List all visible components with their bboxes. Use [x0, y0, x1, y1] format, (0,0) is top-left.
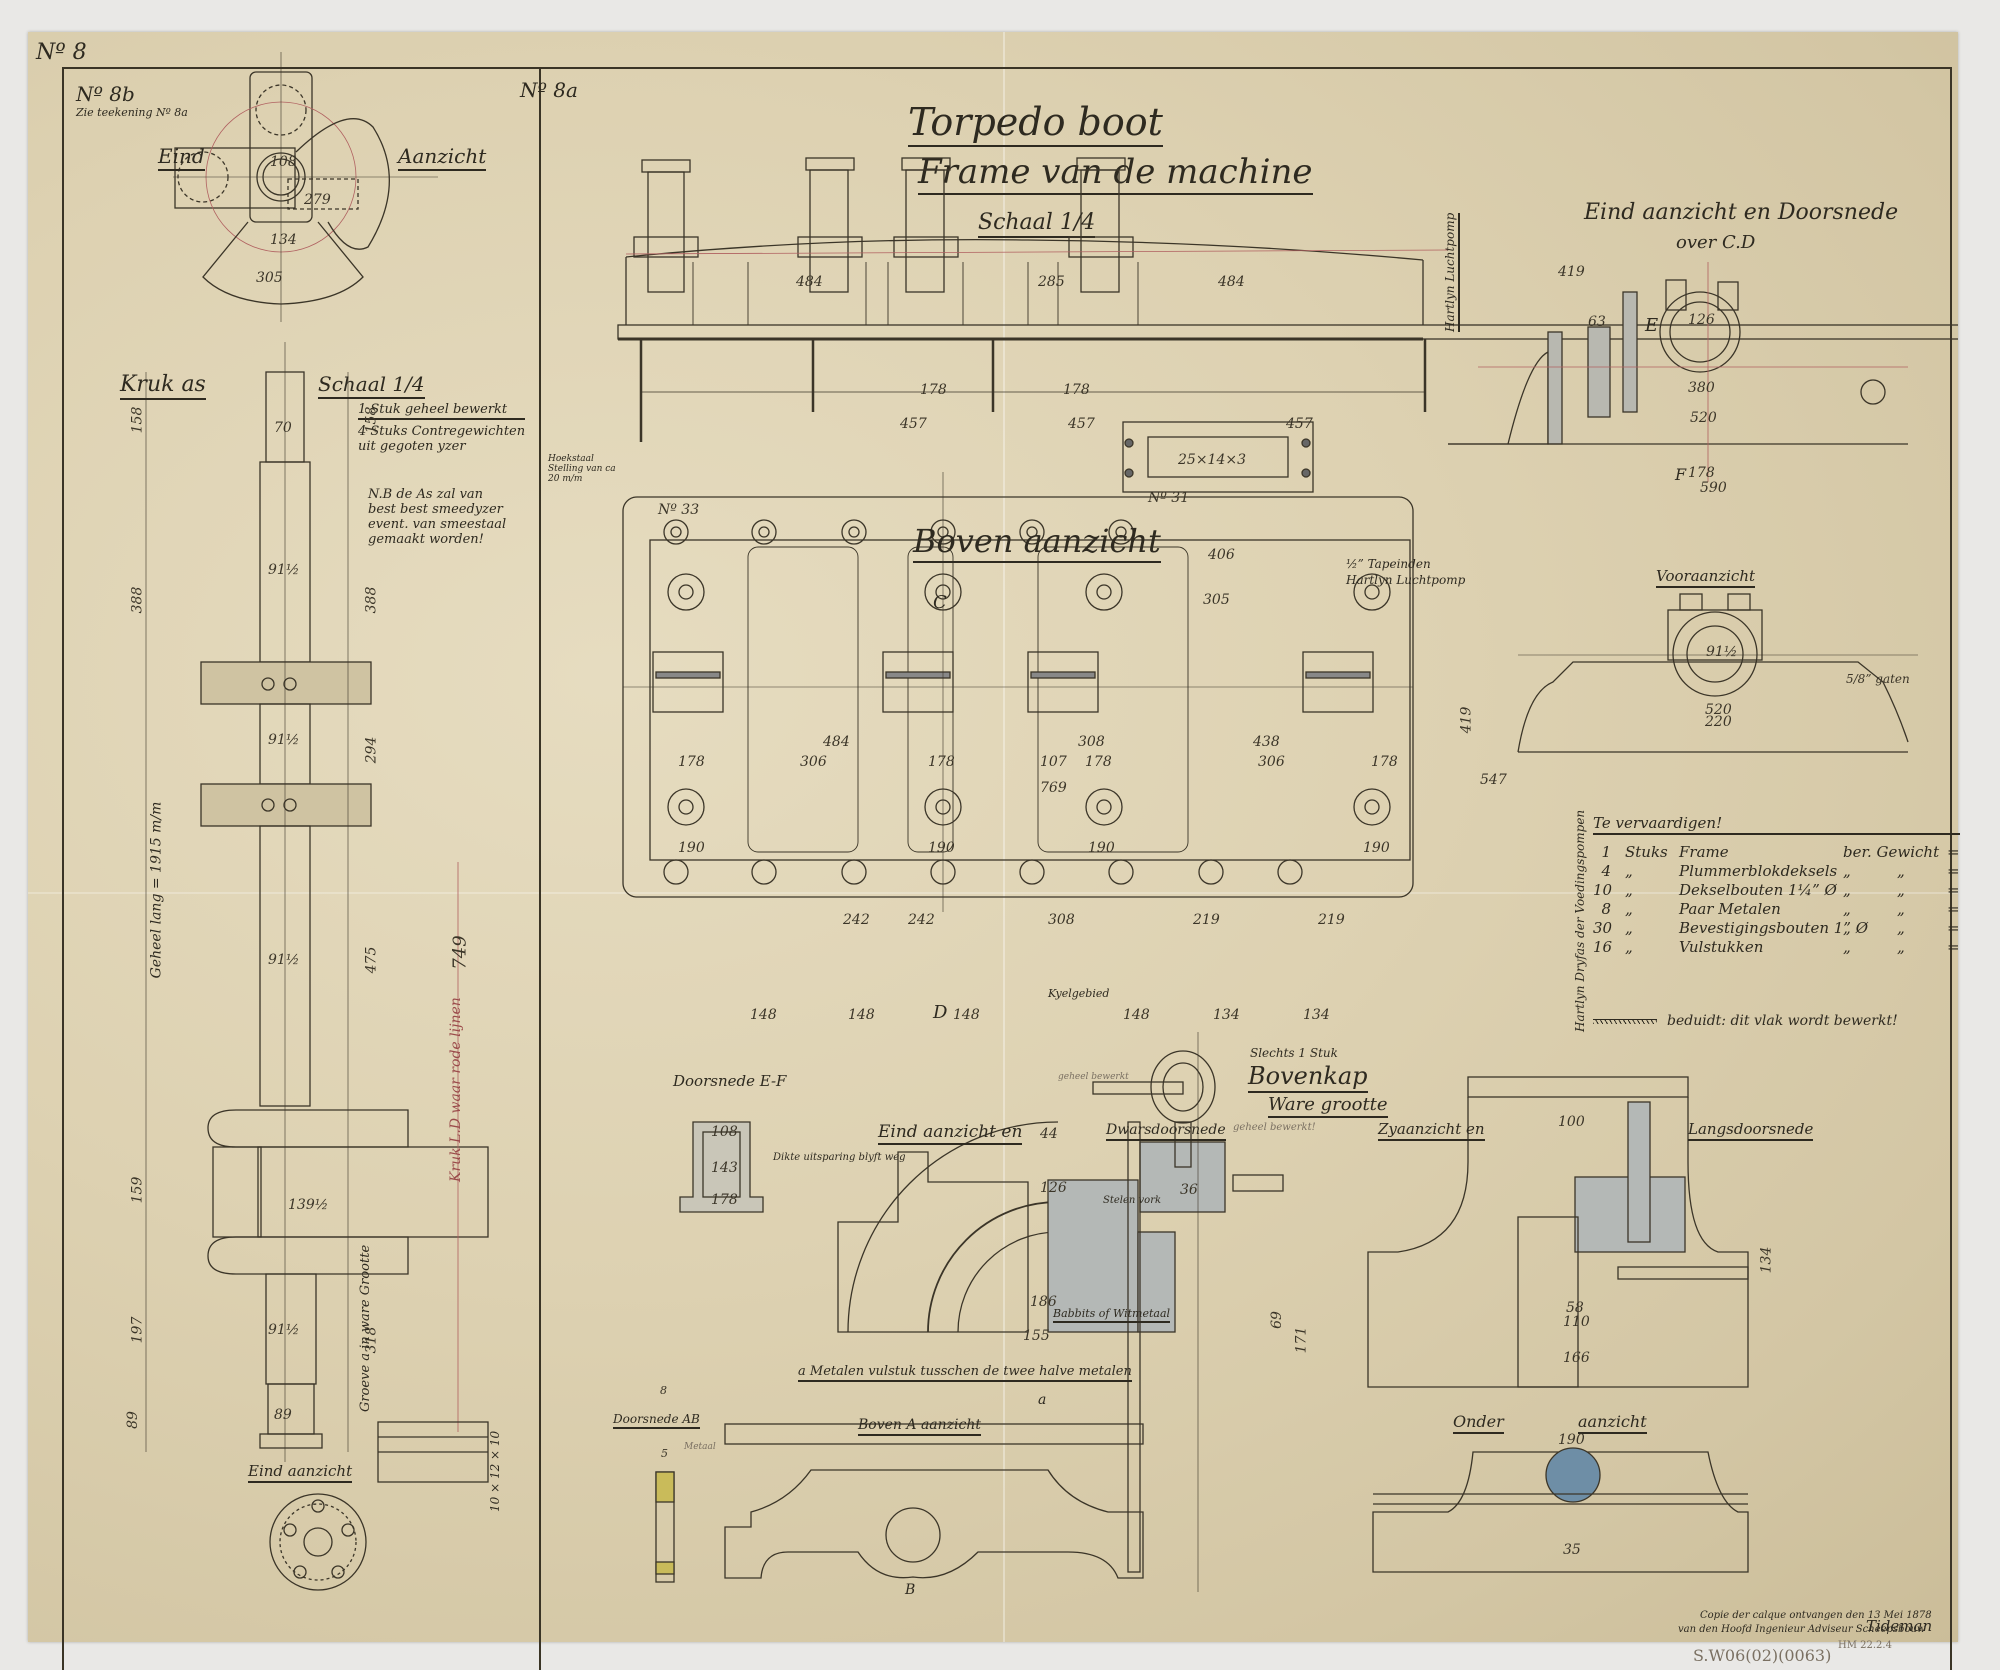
ditto: „	[1897, 862, 1933, 881]
qty: 8	[1593, 900, 1611, 919]
end-section-subtitle: over C.D	[1676, 232, 1755, 253]
section-ef-note: Dikte uitsparing blyft weg	[773, 1152, 906, 1163]
dim: 139½	[288, 1197, 328, 1213]
metal-strip-note: a Metalen vulstuk tusschen de twee halve…	[798, 1364, 1132, 1382]
dim: 148	[848, 1007, 875, 1023]
item: Vulstukken	[1679, 938, 1829, 957]
qty: 1	[1593, 843, 1611, 862]
dim: 91½	[1706, 644, 1737, 660]
bovenkap-count-note: Slechts 1 Stuk	[1250, 1046, 1338, 1060]
pump-label-2: Hartlyn Luchtpomp	[1346, 573, 1465, 587]
nb-line: best best smeedyzer	[368, 502, 506, 517]
ditto: „	[1897, 938, 1933, 957]
dim: 110	[1563, 1314, 1590, 1330]
ditto: „	[1843, 881, 1883, 900]
bearing-width: 190	[1363, 840, 1390, 856]
dim: 380	[1688, 380, 1715, 396]
red-line-note: Kruk L.D waar rode lijnen	[448, 997, 464, 1182]
dim: 148	[953, 1007, 980, 1023]
dim: 126	[1688, 312, 1715, 328]
ditto: „	[1843, 938, 1883, 957]
end-section-vertical-label: Hartlyn Luchtpomp	[1443, 213, 1460, 332]
section-ab-note: Metaal	[684, 1442, 716, 1452]
parts-row: 1 Stuks Frame ber. Gewicht =	[1593, 843, 1960, 862]
dim: 89	[125, 1411, 141, 1429]
section-marker-d: D	[933, 1002, 947, 1023]
dim: 44	[1040, 1126, 1058, 1142]
dim: 219	[1318, 912, 1345, 928]
bovenkap-section-label: Dwarsdoorsnede	[1106, 1122, 1226, 1141]
dim: 285	[1038, 274, 1065, 290]
dim: 107	[1040, 754, 1067, 770]
end-section-title: Eind aanzicht en Doorsnede	[1584, 200, 1898, 225]
bovenkap-subtitle: Ware grootte	[1268, 1094, 1388, 1118]
section-marker-f: F	[1675, 465, 1686, 484]
dim: 100	[1558, 1114, 1585, 1130]
note-label: Kyelgebied	[1048, 987, 1109, 1000]
crankshaft-scale: Schaal 1/4	[318, 372, 425, 399]
unit: Stuks	[1625, 843, 1665, 862]
dim: 406	[1208, 547, 1235, 563]
archive-reference-secondary: HM 22.2.4	[1838, 1640, 1892, 1651]
qty: 30	[1593, 919, 1611, 938]
nb-line: gemaakt worden!	[368, 532, 506, 547]
dim: 457	[900, 416, 927, 432]
section-marker-c: C	[933, 592, 947, 613]
dim: 69	[1269, 1311, 1285, 1329]
total-length-note: Geheel lang = 1915 m/m	[148, 802, 164, 979]
dim: 70	[274, 420, 292, 436]
parts-row: 4 „ Plummerblokdeksels „ „ =	[1593, 862, 1960, 881]
section-ab-title: Doorsnede AB	[613, 1412, 700, 1429]
dim: 134	[1213, 1007, 1240, 1023]
hatch-legend: beduidt: dit vlak wordt bewerkt!	[1593, 1013, 1960, 1029]
top-view-title: Boven aanzicht	[913, 522, 1161, 563]
qty: 16	[1593, 938, 1611, 957]
bracket-size-label: 25×14×3	[1178, 452, 1246, 468]
dim: 220	[1705, 714, 1732, 730]
dim: 178	[678, 754, 705, 770]
top-a-view-label: Boven A aanzicht	[858, 1417, 981, 1436]
dim: 197	[129, 1317, 145, 1344]
dim: 126	[1040, 1180, 1067, 1196]
crankshaft-notes: 1 Stuk geheel bewerkt 4 Stuks Contregewi…	[358, 402, 525, 454]
dim: 475	[363, 947, 379, 974]
long-section-label: Langsdoorsnede	[1688, 1120, 1813, 1141]
dim: 108	[711, 1124, 738, 1140]
unit: „	[1625, 900, 1665, 919]
dim: 91½	[268, 952, 299, 968]
dim: 484	[796, 274, 823, 290]
dim: 35	[1563, 1542, 1581, 1558]
dim: 89	[274, 1407, 292, 1423]
groove-note: Groeve a in ware Grootte	[358, 1245, 373, 1412]
dim: 8	[660, 1384, 667, 1397]
value: =	[1947, 843, 1960, 862]
end-view-label-left: Eind	[158, 144, 205, 171]
dim: 178	[1063, 382, 1090, 398]
parts-list-rows: 1 Stuks Frame ber. Gewicht = 4 „ Plummer…	[1593, 843, 1960, 957]
bottom-view	[1373, 1448, 1748, 1572]
dim: 306	[800, 754, 827, 770]
end-view-bottom-label: Eind aanzicht	[248, 1462, 352, 1483]
dim: 134	[1758, 1247, 1774, 1274]
crank-end-view	[173, 52, 438, 322]
item: Paar Metalen	[1679, 900, 1829, 919]
parts-row: 10 „ Dekselbouten 1¼” Ø „ „ =	[1593, 881, 1960, 900]
item: Bevestigingsbouten 1” Ø	[1679, 919, 1829, 938]
hatch-swatch	[1593, 1019, 1657, 1024]
dim: 159	[129, 1177, 145, 1204]
frame-label: Nº 33	[658, 502, 699, 518]
front-view-title: Vooraanzicht	[1656, 567, 1755, 588]
bearing-width: 190	[678, 840, 705, 856]
side-view-label: Zyaanzicht en	[1378, 1120, 1485, 1141]
parts-row: 16 „ Vulstukken „ „ =	[1593, 938, 1960, 957]
dim: 279	[304, 192, 331, 208]
dim: 242	[843, 912, 870, 928]
ditto: „	[1843, 919, 1883, 938]
unit: „	[1625, 881, 1665, 900]
dim: 155	[1023, 1328, 1050, 1344]
note-line: 4 Stuks Contregewichten	[358, 424, 525, 439]
crankshaft-title: Kruk as	[120, 372, 206, 400]
nb-note: N.B de As zal van best best smeedyzer ev…	[368, 487, 506, 547]
dim: 134	[270, 232, 297, 248]
dim: 166	[1563, 1350, 1590, 1366]
dim: 305	[1203, 592, 1230, 608]
dim: 178	[920, 382, 947, 398]
ditto: „	[1897, 919, 1933, 938]
dim: 769	[1040, 780, 1067, 796]
point-b-label: B	[905, 1582, 915, 1598]
dim: 438	[1253, 734, 1280, 750]
unit: „	[1625, 938, 1665, 957]
dim: 590	[1700, 480, 1727, 496]
ditto: „	[1843, 900, 1883, 919]
parts-list: Te vervaardigen! 1 Stuks Frame ber. Gewi…	[1593, 814, 1960, 1029]
dim: 547	[1480, 772, 1507, 788]
machined-note: geheel bewerkt!	[1233, 1122, 1316, 1133]
dim: 143	[711, 1160, 738, 1176]
bovenkap-label: Stelen vork	[1103, 1195, 1161, 1206]
note-line: uit gegoten yzer	[358, 439, 525, 454]
end-view-label-right: Aanzicht	[398, 144, 486, 171]
dim: 158	[363, 407, 379, 434]
dim: 158	[129, 407, 145, 434]
item: Dekselbouten 1¼” Ø	[1679, 881, 1829, 900]
dim: 36	[1180, 1182, 1198, 1198]
nb-line: N.B de As zal van	[368, 487, 506, 502]
dim: 91½	[268, 562, 299, 578]
qty: 4	[1593, 862, 1611, 881]
dim: 178	[711, 1192, 738, 1208]
dim: 294	[363, 737, 379, 764]
dim: 308	[1078, 734, 1105, 750]
nb-line: event. van smeestaal	[368, 517, 506, 532]
machined-note: geheel bewerkt	[1058, 1072, 1129, 1082]
dim: 419	[1458, 707, 1474, 734]
end-section-cd	[1448, 262, 1908, 482]
metal-strip-label: a	[1038, 1392, 1046, 1408]
dim: 148	[1123, 1007, 1150, 1023]
dim: 457	[1068, 416, 1095, 432]
side-view-left-note: Hoekstaal Stelling van ca 20 m/m	[548, 454, 618, 484]
bottom-view-title-left: Onder	[1453, 1412, 1504, 1434]
weight-column: ber. Gewicht	[1843, 843, 1933, 862]
value: =	[1947, 862, 1960, 881]
unit: „	[1625, 862, 1665, 881]
dim: 178	[1085, 754, 1112, 770]
top-plan-view	[623, 422, 1413, 912]
parts-row: 30 „ Bevestigingsbouten 1” Ø „ „ =	[1593, 919, 1960, 938]
note-line: 1 Stuk geheel bewerkt	[358, 402, 525, 420]
unit: „	[1625, 919, 1665, 938]
qty: 10	[1593, 881, 1611, 900]
value: =	[1947, 938, 1960, 957]
bearing-width: 190	[928, 840, 955, 856]
dim: 171	[1293, 1327, 1309, 1354]
hatch-legend-label: beduidt: dit vlak wordt bewerkt!	[1667, 1013, 1898, 1029]
bovenkap-end-view-label: Eind aanzicht en	[878, 1122, 1022, 1145]
dim: 308	[1048, 912, 1075, 928]
bearing-width: 190	[1088, 840, 1115, 856]
signature: Tideman	[1866, 1617, 1932, 1635]
dim: 388	[363, 587, 379, 614]
dim: 178	[1688, 465, 1715, 481]
dim: 457	[1286, 416, 1313, 432]
dim: 419	[1558, 264, 1585, 280]
groove-dims: 10 × 12 × 10	[488, 1431, 502, 1512]
ditto: „	[1843, 862, 1883, 881]
hole-note: 5/8” gaten	[1846, 672, 1910, 686]
parts-row: 8 „ Paar Metalen „ „ =	[1593, 900, 1960, 919]
dim: 178	[928, 754, 955, 770]
bovenkap-title: Bovenkap	[1248, 1062, 1368, 1093]
parts-list-title: Te vervaardigen!	[1593, 814, 1960, 835]
bottom-view-title-right: aanzicht	[1578, 1412, 1647, 1434]
section-ef-title: Doorsnede E-F	[673, 1072, 786, 1090]
item: Frame	[1679, 843, 1829, 862]
value: =	[1947, 919, 1960, 938]
fill-label: 5	[661, 1447, 668, 1460]
dim: 148	[750, 1007, 777, 1023]
section-marker-e: E	[1645, 315, 1658, 336]
ditto: „	[1897, 900, 1933, 919]
drawing-sheet: Nº 8 Nº 8b Zie teekening Nº 8a Nº 8a Tor…	[28, 32, 1958, 1642]
dim: 219	[1193, 912, 1220, 928]
dim: 388	[129, 587, 145, 614]
dim: 91½	[268, 1322, 299, 1338]
bovenkap-label: Babbits of Witmetaal	[1053, 1307, 1170, 1323]
parts-vertical-note: Hartlyn Dryfas der Voedingspompen	[1573, 810, 1587, 1032]
dim: 63	[1588, 314, 1606, 330]
value: =	[1947, 881, 1960, 900]
dim: 484	[1218, 274, 1245, 290]
dim: 91½	[268, 732, 299, 748]
dim: 108	[270, 154, 297, 170]
dim: 305	[256, 270, 283, 286]
pump-label-1: ½” Tapeinden	[1346, 557, 1431, 571]
dim: 134	[1303, 1007, 1330, 1023]
frame-label: Nº 31	[1148, 490, 1189, 506]
archive-reference: S.W06(02)(0063)	[1693, 1646, 1831, 1665]
dim: 190	[1558, 1432, 1585, 1448]
stroke-dimension: 749	[450, 935, 471, 969]
section-ab	[656, 1472, 674, 1582]
value: =	[1947, 900, 1960, 919]
ditto: „	[1897, 881, 1933, 900]
dim: 242	[908, 912, 935, 928]
dim: 178	[1371, 754, 1398, 770]
dim: 306	[1258, 754, 1285, 770]
dim: 520	[1690, 410, 1717, 426]
groove-detail	[378, 1422, 488, 1482]
item: Plummerblokdeksels	[1679, 862, 1829, 881]
metal-filler-strip	[725, 1424, 1143, 1578]
crank-flange-end-view	[270, 1494, 366, 1590]
dim: 484	[823, 734, 850, 750]
